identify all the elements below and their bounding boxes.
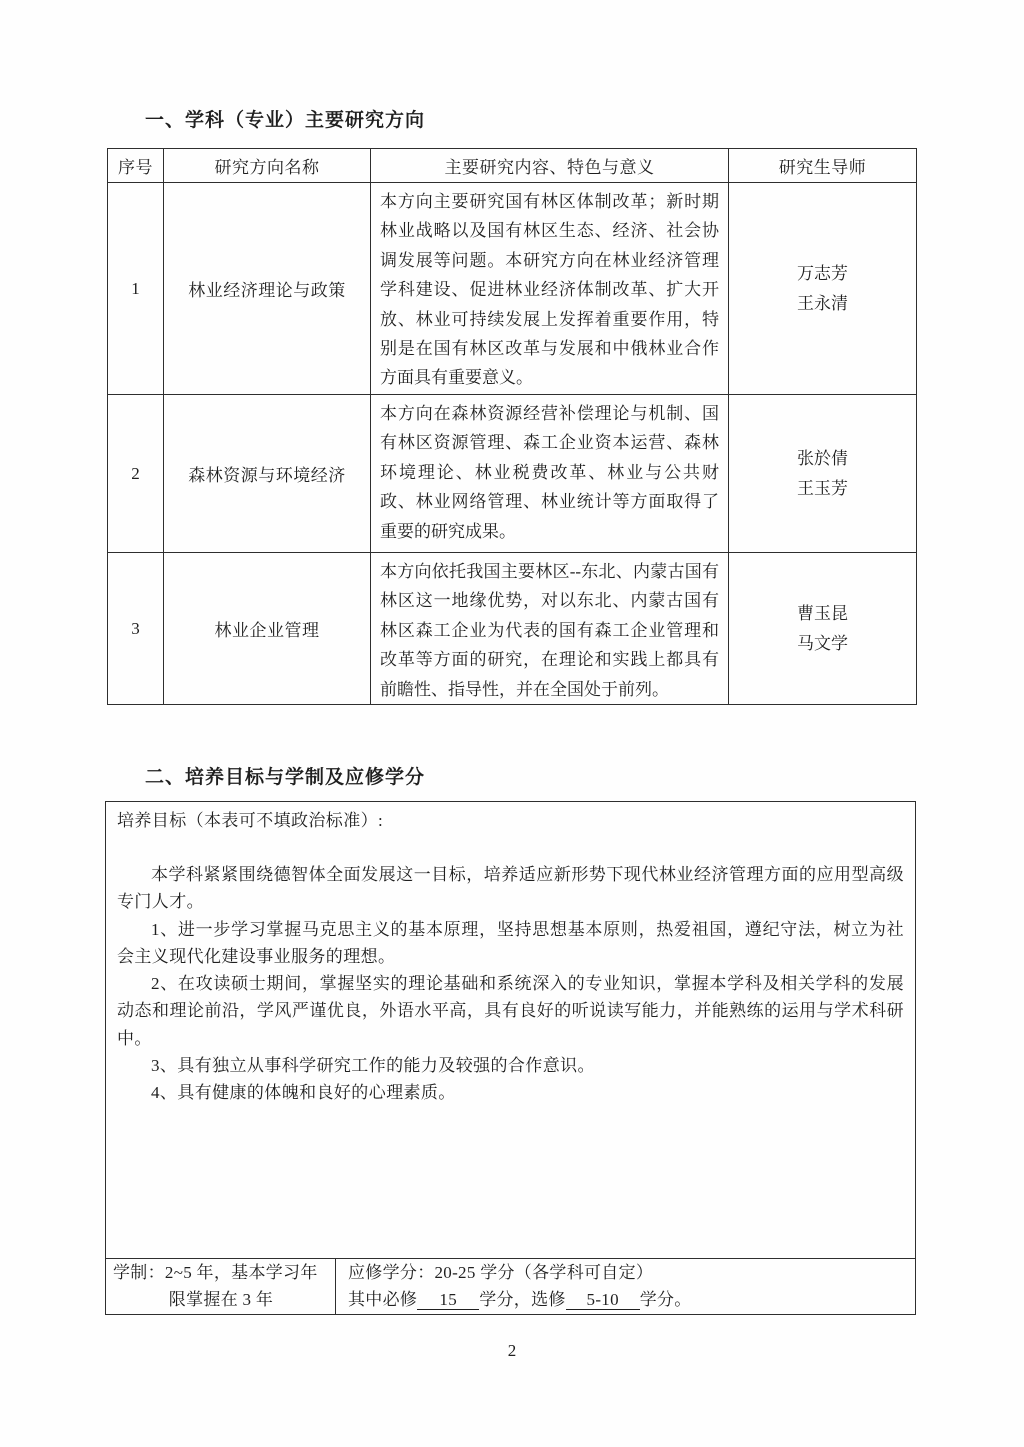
- advisor-name: 张於倩: [730, 444, 915, 474]
- row-number: 2: [108, 395, 164, 553]
- study-duration-cell: 学制：2~5 年，基本学习年 限掌握在 3 年: [106, 1259, 336, 1314]
- advisor-name: 万志芳: [730, 259, 915, 289]
- research-directions-table: 序号 研究方向名称 主要研究内容、特色与意义 研究生导师 1 林业经济理论与政策…: [107, 148, 917, 705]
- credits-line1: 应修学分：20-25 学分（各学科可自定）: [348, 1260, 905, 1287]
- goal-paragraph: 本学科紧紧围绕德智体全面发展这一目标，培养适应新形势下现代林业经济管理方面的应用…: [117, 861, 904, 916]
- document-page: 一、学科（专业）主要研究方向 序号 研究方向名称 主要研究内容、特色与意义 研究…: [0, 0, 1024, 1447]
- training-goal-box: 培养目标（本表可不填政治标准）: 本学科紧紧围绕德智体全面发展这一目标，培养适应…: [105, 801, 916, 1315]
- direction-content: 本方向依托我国主要林区--东北、内蒙古国有林区这一地缘优势，对以东北、内蒙古国有…: [371, 553, 729, 705]
- section1-title: 一、学科（专业）主要研究方向: [145, 105, 425, 132]
- credits-line2: 其中必修15学分，选修5-10学分。: [348, 1287, 905, 1314]
- header-no: 序号: [108, 149, 164, 183]
- direction-name: 森林资源与环境经济: [164, 395, 371, 553]
- header-direction-name: 研究方向名称: [164, 149, 371, 183]
- goal-paragraph: 2、在攻读硕士期间，掌握坚实的理论基础和系统深入的专业知识，掌握本学科及相关学科…: [117, 970, 904, 1052]
- table-row: 2 森林资源与环境经济 本方向在森林资源经营补偿理论与机制、国有林区资源管理、森…: [108, 395, 917, 553]
- advisor-list: 曹玉昆 马文学: [729, 553, 917, 705]
- row-number: 1: [108, 183, 164, 395]
- credits-prefix: 其中必修: [348, 1290, 417, 1309]
- table-header-row: 序号 研究方向名称 主要研究内容、特色与意义 研究生导师: [108, 149, 917, 183]
- table-row: 1 林业经济理论与政策 本方向主要研究国有林区体制改革；新时期林业战略以及国有林…: [108, 183, 917, 395]
- credits-suffix: 学分。: [640, 1290, 692, 1309]
- direction-content: 本方向在森林资源经营补偿理论与机制、国有林区资源管理、森工企业资本运营、森林环境…: [371, 395, 729, 553]
- duration-line2: 限掌握在 3 年: [113, 1287, 329, 1314]
- elective-credits-blank: 5-10: [566, 1290, 640, 1310]
- row-number: 3: [108, 553, 164, 705]
- goal-paragraph: 4、具有健康的体魄和良好的心理素质。: [117, 1079, 904, 1106]
- table-row: 3 林业企业管理 本方向依托我国主要林区--东北、内蒙古国有林区这一地缘优势，对…: [108, 553, 917, 705]
- advisor-name: 王玉芳: [730, 474, 915, 504]
- section2-title: 二、培养目标与学制及应修学分: [145, 762, 425, 789]
- goal-paragraph: 1、进一步学习掌握马克思主义的基本原理，坚持思想基本原则，热爱祖国，遵纪守法，树…: [117, 916, 904, 971]
- goal-paragraph: 3、具有独立从事科学研究工作的能力及较强的合作意识。: [117, 1052, 904, 1079]
- credits-mid: 学分，选修: [479, 1290, 566, 1309]
- goal-label: 培养目标（本表可不填政治标准）:: [117, 808, 904, 834]
- duration-credits-row: 学制：2~5 年，基本学习年 限掌握在 3 年 应修学分：20-25 学分（各学…: [106, 1258, 915, 1314]
- page-number: 2: [0, 1341, 1024, 1361]
- advisor-name: 曹玉昆: [730, 599, 915, 629]
- header-content: 主要研究内容、特色与意义: [371, 149, 729, 183]
- advisor-list: 万志芳 王永清: [729, 183, 917, 395]
- header-advisor: 研究生导师: [729, 149, 917, 183]
- direction-name: 林业经济理论与政策: [164, 183, 371, 395]
- advisor-name: 马文学: [730, 629, 915, 659]
- direction-name: 林业企业管理: [164, 553, 371, 705]
- advisor-list: 张於倩 王玉芳: [729, 395, 917, 553]
- duration-line1: 学制：2~5 年，基本学习年: [113, 1260, 329, 1287]
- direction-content: 本方向主要研究国有林区体制改革；新时期林业战略以及国有林区生态、经济、社会协调发…: [371, 183, 729, 395]
- advisor-name: 王永清: [730, 289, 915, 319]
- credits-cell: 应修学分：20-25 学分（各学科可自定） 其中必修15学分，选修5-10学分。: [336, 1259, 915, 1314]
- required-credits-blank: 15: [417, 1290, 479, 1310]
